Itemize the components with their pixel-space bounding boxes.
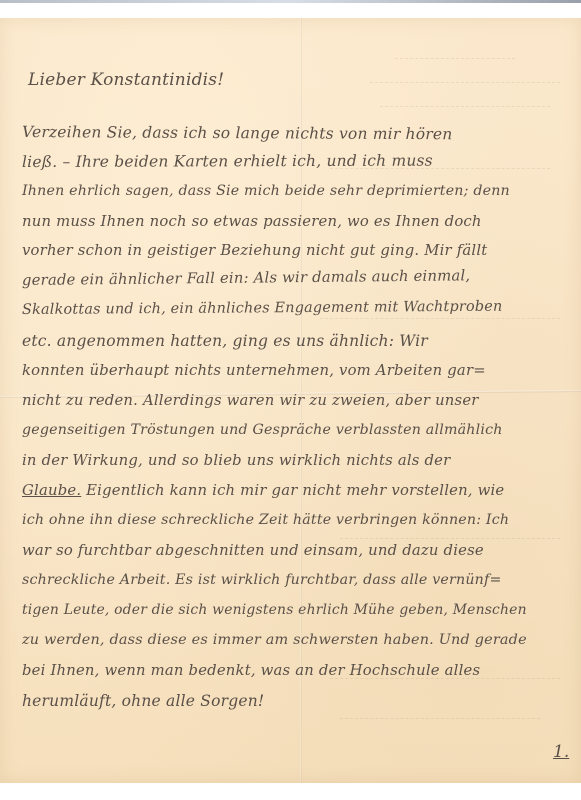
letter-line: ließ. – Ihre beiden Karten erhielt ich, … [22,152,433,171]
letter-line: zu werden, dass diese es immer am schwer… [22,632,527,648]
letter-line: schreckliche Arbeit. Es ist wirklich fur… [22,572,502,588]
letter-line: gerade ein ähnlicher Fall ein: Als wir d… [22,267,470,289]
letter-line: in der Wirkung, und so blieb uns wirklic… [22,452,450,469]
page-number: 1. [553,742,569,762]
letter-line: Ihnen ehrlich sagen, dass Sie mich beide… [22,183,510,199]
letter-line: vorher schon in geistiger Beziehung nich… [22,242,487,259]
letter-line: etc. angenommen hatten, ging es uns ähnl… [22,332,428,350]
letter-page: Lieber Konstantinidis! Verzeihen Sie, da… [0,18,581,783]
letter-line-with-underline: Glaube. Eigentlich kann ich mir gar nich… [22,482,504,499]
letter-line: Skalkottas und ich, ein ähnliches Engage… [22,299,503,318]
letter-line: herumläuft, ohne alle Sorgen! [22,692,264,710]
letter-line: nicht zu reden. Allerdings waren wir zu … [22,392,479,409]
letter-line-text: Eigentlich kann ich mir gar nicht mehr v… [86,482,504,499]
letter-line: tigen Leute, oder die sich wenigstens eh… [22,602,527,618]
scan-edge [0,0,581,3]
letter-line: Verzeihen Sie, dass ich so lange nichts … [22,123,453,143]
letter-line: gegenseitigen Tröstungen und Gespräche v… [22,422,503,438]
letter-line: ich ohne ihn diese schreckliche Zeit hät… [22,512,509,528]
underlined-word: Glaube. [22,482,81,499]
letter-line: konnten überhaupt nichts unternehmen, vo… [22,362,486,379]
salutation: Lieber Konstantinidis! [28,70,224,90]
letter-line: nun muss Ihnen noch so etwas passieren, … [22,213,482,230]
letter-line: bei Ihnen, wenn man bedenkt, was an der … [22,662,480,679]
letter-line: war so furchtbar abgeschnitten und einsa… [22,542,484,559]
